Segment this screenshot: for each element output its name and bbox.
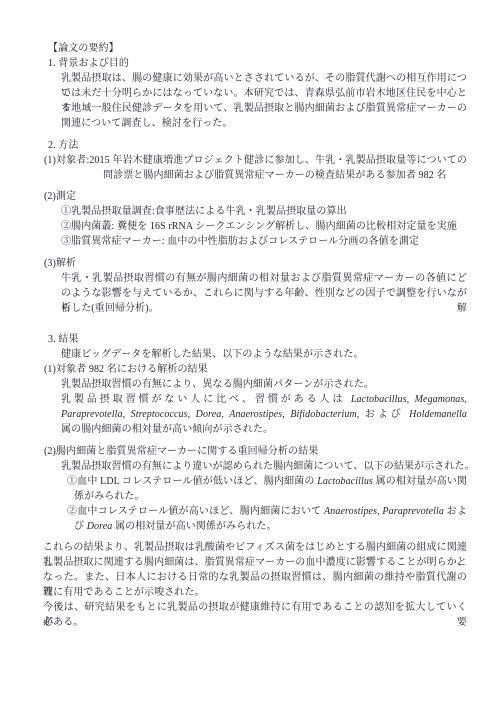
genus-name-italic: Anaerostipes, Paraprevotella [324, 506, 444, 517]
section-methods-subjects: 2. 方法 (1)対象者:2015 年岩木健康増進プロジェクト健診に参加し、牛乳… [0, 138, 500, 183]
text-segment: がある。 [43, 617, 83, 628]
text-segment: び [74, 521, 87, 532]
doc-line: び Dorea 属の相対量が高い関係がみられた。 [0, 519, 500, 534]
text-segment: ③脂質異常症マーカー: 血中の中性脂肪およびコレステロール分画の各値を測定 [61, 236, 419, 247]
text-segment: 乳製品摂取に関連する腸内細菌は、脂質異常症マーカーの血中濃度に影響することが明ら… [43, 557, 467, 568]
text-segment: (2)測定 [44, 191, 76, 202]
text-segment: 係がみられた。 [74, 491, 145, 502]
section-methods-measurements: (2)測定 ①乳製品摂取量調査:食事歴法による牛乳・乳製品摂取量の算出 ②腸内菌… [0, 189, 500, 249]
doc-line: ①血中 LDL コレステロール値が低いほど、腸内細菌の Lactobacillu… [0, 474, 500, 489]
text-segment: 乳製品摂取習慣の有無により、異なる腸内細菌パターンが示された。 [61, 379, 374, 390]
doc-line: ③脂質異常症マーカー: 血中の中性脂肪およびコレステロール分画の各値を測定 [0, 234, 500, 249]
text-segment: (1)対象者 982 名における解析の結果 [44, 364, 208, 375]
text-segment: 健康ビッグデータを解析した結果、以下のような結果が示された。 [61, 349, 364, 360]
heading-analysis: (3)解析 [0, 256, 500, 271]
doc-line: 理に有用であることが示唆された。 [0, 585, 500, 600]
text-segment: (3)解析 [44, 258, 76, 269]
section-results-subjects: 3. 結果 健康ビッグデータを解析した結果、以下のような結果が示された。 (1)… [0, 332, 500, 437]
doc-line: 係がみられた。 [0, 489, 500, 504]
text-segment: 乳製品摂取習慣がない人に比べ、習慣がある人は [61, 394, 351, 405]
doc-line: これらの結果より、乳製品摂取は乳酸菌やビフィズス菌をはじめとする腸内細菌の組成に… [0, 540, 500, 555]
text-segment: 【論文の要約】 [48, 43, 119, 54]
text-segment: (2)腸内細菌と脂質異常症マーカーに関する重回帰分析の結果 [44, 446, 318, 457]
doc-line: 今後は、研究結果をもとに乳製品の摂取が健康維持に有用であることの認知を拡大してい… [0, 600, 500, 615]
heading-results: 3. 結果 [0, 332, 500, 347]
doc-line: 関連について調査し、検討を行った。 [0, 116, 500, 131]
genus-name-italic: Holdemanella [409, 409, 467, 420]
doc-line: 乳製品摂取習慣の有無により、異なる腸内細菌パターンが示された。 [0, 377, 500, 392]
doc-line: (1)対象者:2015 年岩木健康増進プロジェクト健診に参加し、牛乳・乳製品摂取… [0, 153, 500, 168]
text-segment: ②腸内菌叢: 糞便を 16S rRNA シークエンシング解析し、腸内細菌の比較相… [61, 221, 457, 232]
heading-background-purpose: 1. 背景および目的 [0, 56, 500, 71]
text-segment: ②血中コレステロール値が高いほど、腸内細菌において [67, 506, 324, 517]
text-segment: 理に有用であることが示唆された。 [43, 587, 205, 598]
section-background: 【論文の要約】 1. 背景および目的 乳製品摂取は、腸の健康に効果が高いとさされ… [0, 41, 500, 131]
doc-line: なった。また、日本人における日常的な乳製品の摂取習慣は、腸内細菌の維持や脂質代謝… [0, 570, 500, 585]
text-segment: 1. 背景および目的 [48, 58, 129, 69]
doc-line: 属の腸内細菌の相対量が高い傾向が示された。 [0, 422, 500, 437]
text-segment: 3. 結果 [48, 334, 79, 345]
doc-line: ②血中コレステロール値が高いほど、腸内細菌において Anaerostipes, … [0, 504, 500, 519]
genus-name-italic: Dorea [87, 521, 113, 532]
doc-title: 【論文の要約】 [0, 41, 500, 56]
section-methods-analysis: (3)解析 牛乳・乳製品摂取習慣の有無が腸内細菌の相対量および脂質異常症マーカー… [0, 256, 500, 316]
doc-line: 牛乳・乳製品摂取習慣の有無が腸内細菌の相対量および脂質異常症マーカーの各値にど [0, 271, 500, 286]
section-results-regression: (2)腸内細菌と脂質異常症マーカーに関する重回帰分析の結果 乳製品摂取習慣の有無… [0, 444, 500, 534]
text-segment: 今後は、研究結果をもとに乳製品の摂取が健康維持に有用であることの認知を拡大してい… [43, 602, 467, 628]
text-segment: 属の相対量が高い関 [373, 476, 467, 487]
text-segment: る地域一般住民健診データを用いて、乳製品摂取と腸内細菌および脂質異常症マーカーの [61, 103, 467, 114]
text-segment: 乳製品摂取習慣の有無により違いが認められた腸内細菌について、以下の結果が示された… [61, 461, 475, 472]
doc-line: る地域一般住民健診データを用いて、乳製品摂取と腸内細菌および脂質異常症マーカーの [0, 101, 500, 116]
text-segment: 関連について調査し、検討を行った。 [61, 118, 233, 129]
document-page: 【論文の要約】 1. 背景および目的 乳製品摂取は、腸の健康に効果が高いとさされ… [0, 0, 500, 707]
text-segment: 析した(重回帰分析)。 [61, 303, 159, 314]
doc-line: のような影響を与えているか、これらに関与する年齢、性別などの因子で調整を行いなが… [0, 286, 500, 301]
text-segment: ①乳製品摂取量調査:食事歴法による牛乳・乳製品摂取量の算出 [61, 206, 347, 217]
heading-measurements: (2)測定 [0, 189, 500, 204]
text-segment: ①血中 LDL コレステロール値が低いほど、腸内細菌の [67, 476, 317, 487]
genus-name-italic: Lactobacillus [317, 476, 373, 487]
doc-line: 健康ビッグデータを解析した結果、以下のような結果が示された。 [0, 347, 500, 362]
heading-results-regression: (2)腸内細菌と脂質異常症マーカーに関する重回帰分析の結果 [0, 444, 500, 459]
text-segment: 属の相対量が高い関係がみられた。 [112, 521, 276, 532]
text-segment: およ [444, 506, 467, 517]
heading-results-subjects: (1)対象者 982 名における解析の結果 [0, 362, 500, 377]
doc-line: 乳製品摂取に関連する腸内細菌は、脂質異常症マーカーの血中濃度に影響することが明ら… [0, 555, 500, 570]
text-segment: および [359, 409, 409, 420]
doc-line: 乳製品摂取習慣の有無により違いが認められた腸内細菌について、以下の結果が示された… [0, 459, 500, 474]
doc-line: Paraprevotella, Streptococcus, Dorea, An… [0, 407, 500, 422]
doc-line: 問診票と腸内細菌および脂質異常症マーカーの検査結果がある参加者 982 名 [0, 168, 500, 183]
doc-line: ては未だ十分明らかにはなっていない。本研究では、青森県弘前市岩木地区住民を中心と… [0, 86, 500, 101]
text-segment: 牛乳・乳製品摂取習慣の有無が腸内細菌の相対量および脂質異常症マーカーの各値にど [61, 273, 467, 284]
genus-name-italic: Lactobacillus, Megamonas, [351, 394, 467, 405]
heading-methods: 2. 方法 [0, 138, 500, 153]
doc-line: ①乳製品摂取量調査:食事歴法による牛乳・乳製品摂取量の算出 [0, 204, 500, 219]
doc-line: 乳製品摂取は、腸の健康に効果が高いとさされているが、その脂質代謝への相互作用につ… [0, 71, 500, 86]
doc-line: ②腸内菌叢: 糞便を 16S rRNA シークエンシング解析し、腸内細菌の比較相… [0, 219, 500, 234]
text-segment: 問診票と腸内細菌および脂質異常症マーカーの検査結果がある参加者 982 名 [103, 170, 447, 181]
text-segment: (1)対象者:2015 年岩木健康増進プロジェクト健診に参加し、牛乳・乳製品摂取… [44, 155, 467, 166]
section-conclusion: これらの結果より、乳製品摂取は乳酸菌やビフィズス菌をはじめとする腸内細菌の組成に… [0, 540, 500, 630]
text-segment: 属の腸内細菌の相対量が高い傾向が示された。 [61, 424, 273, 435]
genus-name-italic: Paraprevotella, Streptococcus, Dorea, An… [61, 409, 359, 420]
text-segment: 2. 方法 [48, 140, 79, 151]
doc-line: 乳製品摂取習慣がない人に比べ、習慣がある人は Lactobacillus, Me… [0, 392, 500, 407]
